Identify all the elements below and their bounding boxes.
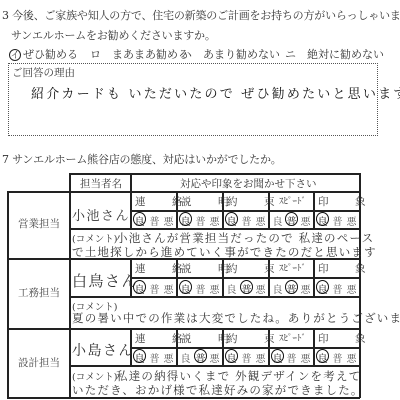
criterion-promise: 約 束: [227, 331, 283, 346]
grid-line: [7, 191, 360, 193]
rating-average[interactable]: 普: [193, 213, 208, 228]
rating-good-selected[interactable]: 良: [224, 350, 239, 365]
rating-good-selected[interactable]: 良: [315, 350, 330, 365]
question-7: 7 サンエルホーム熊谷店の態度、対応はいかがでしたか。: [2, 153, 282, 167]
rating-good[interactable]: 良: [270, 281, 285, 296]
recommend-choices: イぜひ勧める ロ まあまあ勧める ハ あまり勧めない ニ 絶対に勧めない: [9, 46, 389, 60]
criterion-speed: ｽﾋﾟｰﾄﾞ: [279, 331, 306, 344]
staff-name-construction: 白鳥さん: [72, 270, 138, 291]
rating-bad[interactable]: 悪: [161, 213, 176, 228]
reason-box: ご回答の理由 紹介カードも いただいたので ぜひ勧めたいと思います。: [8, 63, 378, 136]
rating-good[interactable]: 良: [178, 350, 193, 365]
department-sales: 営業担当: [18, 216, 60, 231]
rating-average-selected[interactable]: 普: [284, 281, 299, 296]
choice-definitely-recommend[interactable]: イぜひ勧める: [9, 46, 78, 62]
rating-good-selected[interactable]: 良: [178, 281, 193, 296]
criterion-impression: 印 象: [318, 331, 374, 346]
comment-sales-line-2: で土地探しから進めていく事ができたのだと思います: [72, 244, 377, 260]
rating-average[interactable]: 普: [330, 213, 345, 228]
rating-bad[interactable]: 悪: [344, 213, 359, 228]
grid-line: [130, 277, 360, 279]
rating-bad[interactable]: 悪: [344, 350, 359, 365]
question-3-text-line-2: サンエルホームをお勧めくださいますか。: [11, 29, 216, 43]
rating-bad[interactable]: 悪: [253, 281, 268, 296]
grid-line: [7, 328, 360, 330]
criterion-impression: 印 象: [318, 261, 374, 276]
question-7-number: 7: [2, 153, 9, 166]
rating-good[interactable]: 良: [270, 213, 285, 228]
rating-bad[interactable]: 悪: [207, 213, 222, 228]
rating-bad[interactable]: 悪: [344, 281, 359, 296]
rating-good-selected[interactable]: 良: [224, 213, 239, 228]
criterion-speed: ｽﾋﾟｰﾄﾞ: [279, 261, 306, 274]
question-3-line-1: 3 今後、ご家族や知人の方で、住宅の新築のご計画をお持ちの方がいらっしゃいました…: [2, 9, 400, 23]
reason-label: ご回答の理由: [12, 65, 75, 80]
department-construction: 工務担当: [18, 285, 60, 300]
rating-bad[interactable]: 悪: [161, 281, 176, 296]
grid-line: [69, 173, 71, 398]
header-staff-name: 担当者名: [80, 176, 122, 191]
staff-name-design: 小島さん: [72, 340, 134, 360]
criterion-speed: ｽﾋﾟｰﾄﾞ: [279, 194, 306, 207]
rating-average[interactable]: 普: [193, 281, 208, 296]
rating-bad[interactable]: 悪: [298, 350, 313, 365]
choice-not-really-recommend[interactable]: ハ あまり勧めない: [181, 46, 280, 62]
rating-good-selected[interactable]: 良: [132, 281, 147, 296]
choice-never-recommend[interactable]: ニ 絶対に勧めない: [285, 46, 384, 62]
question-7-text: サンエルホーム熊谷店の態度、対応はいかがでしたか。: [12, 153, 281, 166]
grid-line: [7, 191, 9, 398]
rating-bad[interactable]: 悪: [253, 350, 268, 365]
criterion-promise: 約 束: [227, 194, 283, 209]
rating-good[interactable]: 良: [224, 281, 239, 296]
rating-bad[interactable]: 悪: [253, 213, 268, 228]
rating-average-selected[interactable]: 普: [239, 281, 254, 296]
criterion-impression: 印 象: [318, 194, 374, 209]
reason-handwritten-text: 紹介カードも いただいたので ぜひ勧めたいと思います。: [31, 83, 400, 102]
rating-good-selected[interactable]: 良: [315, 213, 330, 228]
rating-good-selected[interactable]: 良: [132, 213, 147, 228]
selected-circle-mark: イ: [9, 49, 21, 61]
comment-construction: 夏の暑い中での作業は大変でしたね。ありがとうございました。: [72, 310, 400, 326]
department-design: 設計担当: [18, 355, 60, 370]
rating-average[interactable]: 普: [147, 281, 162, 296]
rating-bad[interactable]: 悪: [161, 350, 176, 365]
rating-average[interactable]: 普: [147, 350, 162, 365]
rating-average[interactable]: 普: [147, 213, 162, 228]
header-evaluation: 対応や印象をお聞かせ下さい: [180, 176, 317, 191]
comment-label: (コメント): [72, 369, 117, 383]
rating-bad[interactable]: 悪: [298, 213, 313, 228]
rating-bad[interactable]: 悪: [207, 281, 222, 296]
grid-line: [69, 365, 360, 367]
rating-average[interactable]: 普: [284, 350, 299, 365]
rating-bad[interactable]: 悪: [298, 281, 313, 296]
rating-average[interactable]: 普: [330, 350, 345, 365]
grid-line: [130, 210, 360, 212]
criterion-promise: 約 束: [227, 261, 283, 276]
rating-good-selected[interactable]: 良: [270, 350, 285, 365]
rating-bad[interactable]: 悪: [207, 350, 222, 365]
rating-average[interactable]: 普: [239, 350, 254, 365]
comment-design-line-2: いただき、おかげ様で私達好みの家ができました。: [72, 382, 364, 398]
question-3-number: 3: [2, 9, 9, 22]
grid-line: [130, 347, 360, 349]
rating-average[interactable]: 普: [239, 213, 254, 228]
rating-average-selected[interactable]: 普: [284, 213, 299, 228]
rating-good-selected[interactable]: 良: [178, 213, 193, 228]
rating-good-selected[interactable]: 良: [132, 350, 147, 365]
choice-somewhat-recommend[interactable]: ロ まあまあ勧める: [90, 46, 189, 62]
rating-average[interactable]: 普: [330, 281, 345, 296]
question-3-text-line-1: 今後、ご家族や知人の方で、住宅の新築のご計画をお持ちの方がいらっしゃいましたら、: [12, 9, 400, 22]
grid-line: [69, 173, 360, 175]
rating-average-selected[interactable]: 普: [193, 350, 208, 365]
staff-name-sales: 小池さん: [72, 205, 130, 224]
rating-good-selected[interactable]: 良: [315, 281, 330, 296]
comment-label: (コメント): [72, 231, 117, 245]
grid-line: [69, 296, 360, 298]
